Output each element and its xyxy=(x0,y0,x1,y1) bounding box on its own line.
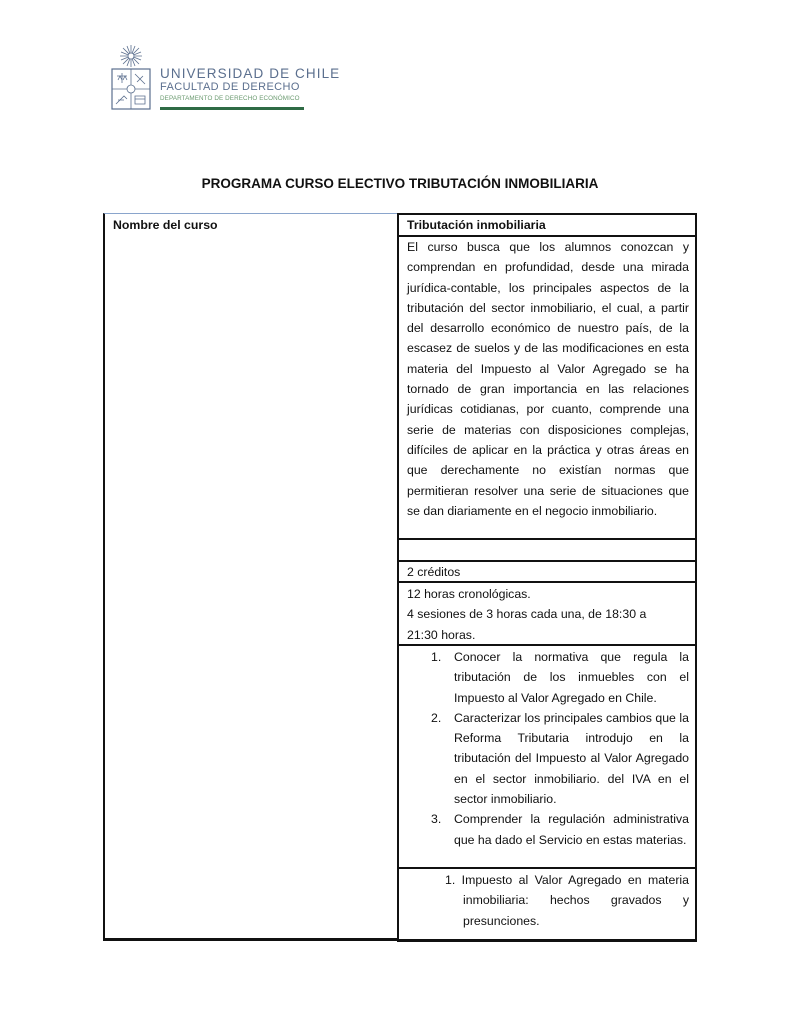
contents-list: 1. Impuesto al Valor Agregado en materia… xyxy=(407,870,689,931)
university-crest-icon xyxy=(110,44,152,112)
university-logo: UNIVERSIDAD DE CHILE FACULTAD DE DERECHO… xyxy=(110,44,320,114)
objective-item: 2.Caracterizar los principales cambios q… xyxy=(407,708,689,809)
description-cell: El curso busca que los alumnos conozcan … xyxy=(397,235,697,540)
right-column: Tributación inmobiliaria El curso busca … xyxy=(397,213,697,942)
contents-cell: 1. Impuesto al Valor Agregado en materia… xyxy=(397,867,697,942)
objective-item: 1.Conocer la normativa que regula la tri… xyxy=(407,647,689,708)
content-item: 1. Impuesto al Valor Agregado en materia… xyxy=(407,870,689,931)
empty-cell xyxy=(397,538,697,562)
page-title: PROGRAMA CURSO ELECTIVO TRIBUTACIÓN INMO… xyxy=(100,176,700,191)
hours-total: 12 horas cronológicas. xyxy=(407,584,655,604)
university-name: UNIVERSIDAD DE CHILE xyxy=(160,66,340,81)
course-table: Nombre del curso Tributación inmobiliari… xyxy=(103,213,697,942)
left-column: Nombre del curso xyxy=(103,213,397,941)
objectives-list: 1.Conocer la normativa que regula la tri… xyxy=(407,647,689,850)
course-name-label: Nombre del curso xyxy=(113,218,218,232)
description-text: El curso busca que los alumnos conozcan … xyxy=(407,240,689,518)
objective-item: 3.Comprender la regulación administrativ… xyxy=(407,809,689,850)
hours-cell: 12 horas cronológicas. 4 sesiones de 3 h… xyxy=(397,581,697,646)
faculty-name: FACULTAD DE DERECHO xyxy=(160,81,340,94)
credits-text: 2 créditos xyxy=(407,565,460,579)
objectives-cell: 1.Conocer la normativa que regula la tri… xyxy=(397,644,697,869)
green-divider xyxy=(160,107,304,110)
course-name-cell: Tributación inmobiliaria xyxy=(397,213,697,237)
hours-sessions: 4 sesiones de 3 horas cada una, de 18:30… xyxy=(407,604,655,645)
course-name-value: Tributación inmobiliaria xyxy=(407,218,546,232)
credits-cell: 2 créditos xyxy=(397,560,697,583)
department-name: DEPARTAMENTO DE DERECHO ECONÓMICO xyxy=(160,94,340,103)
